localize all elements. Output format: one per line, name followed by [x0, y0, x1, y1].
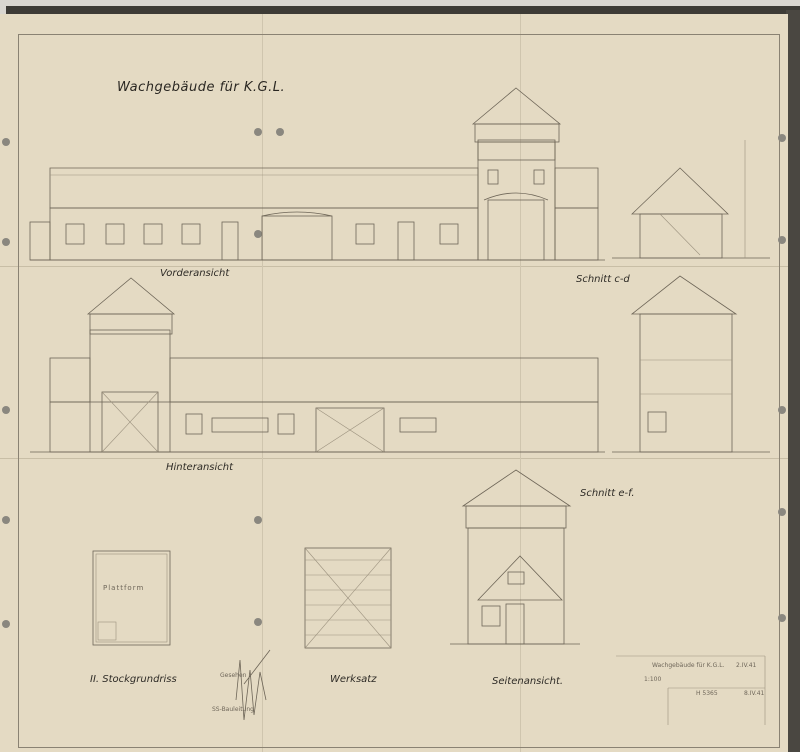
title-block-number: H 5365 — [696, 690, 718, 697]
section-cd-drawing — [612, 140, 770, 258]
stamp-footer: SS-Bauleitung — [212, 706, 254, 713]
label-section-cd: Schnitt c-d — [576, 274, 630, 285]
label-section-ef: Schnitt e-f. — [580, 488, 635, 499]
title-block-scale: 1:100 — [644, 676, 661, 683]
rear-elevation-drawing — [30, 278, 605, 452]
label-floor-plan: II. Stockgrundriss — [90, 674, 177, 685]
technical-drawings — [0, 0, 800, 752]
section-ef-drawing — [612, 276, 770, 452]
title-block-date: 2.IV.41 — [736, 662, 756, 669]
document-title: Wachgebäude für K.G.L. — [117, 80, 285, 95]
front-elevation-drawing — [30, 88, 605, 260]
label-side-elevation: Seitenansicht. — [492, 676, 563, 687]
side-elevation-drawing — [450, 470, 580, 644]
label-rear-elevation: Hinteransicht — [166, 462, 233, 473]
label-framing: Werksatz — [330, 674, 376, 685]
plattform-label: Plattform — [103, 584, 144, 592]
title-block-name: Wachgebäude für K.G.L. — [652, 662, 724, 669]
stamp-heading: Gesehen — [220, 672, 246, 679]
framing-drawing — [305, 548, 391, 648]
floor-plan-drawing — [93, 551, 170, 645]
title-block-date2: 8.IV.41 — [744, 690, 764, 697]
label-front-elevation: Vorderansicht — [160, 268, 229, 279]
